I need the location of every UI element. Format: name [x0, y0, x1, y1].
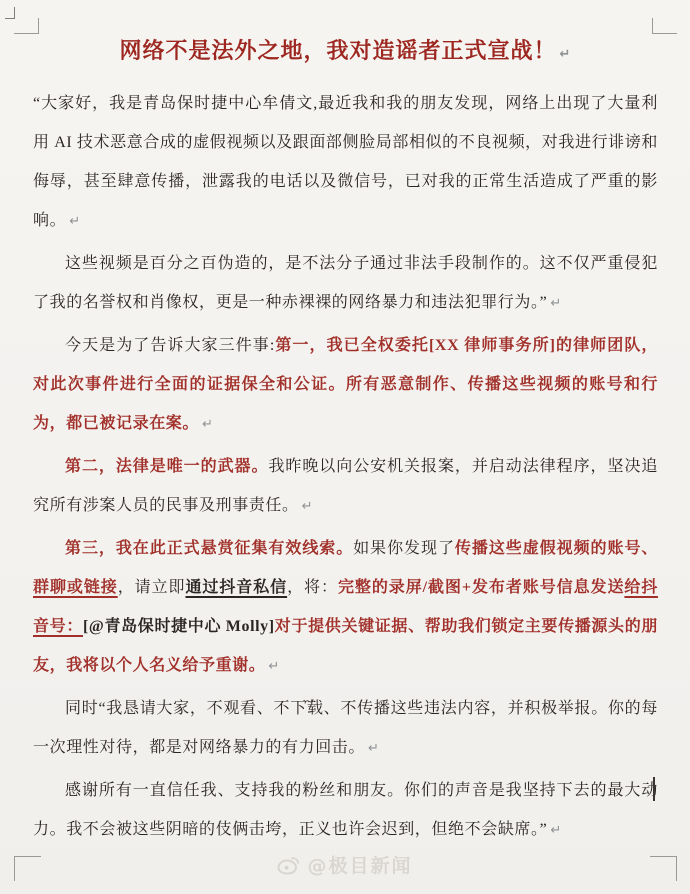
text-run: ，将：: [287, 579, 338, 596]
text-run: 这些视频是百分之百伪造的，是不法分子通过非法手段制作的。这不仅严重侵犯了我的名誉…: [33, 255, 658, 311]
document-body: “大家好，我是青岛保时捷中心牟倩文,最近我和我的朋友发现，网络上出现了大量利用 …: [33, 84, 658, 853]
annotation-squiggle: ~: [262, 682, 317, 729]
watermark-text: @极目新闻: [307, 855, 412, 877]
text-run: 同时“我恳请大家，不观看、: [65, 700, 274, 717]
text-run: 今天是为了告诉大家三件事:: [65, 337, 275, 354]
text-run: 不~: [274, 700, 291, 717]
text-cursor: [653, 777, 655, 801]
text-run: “大家好，我是青岛保时捷中心牟倩文,最近我和我的朋友发现，网络上出现了大量利用 …: [33, 95, 658, 229]
text-run: 感谢所有一直信任我、支持我的粉丝和朋友。你们的声音是我坚持下去的最大动力。我不会…: [33, 782, 658, 838]
weibo-icon: [277, 855, 301, 875]
page-boundary-mark-top-right: [652, 18, 677, 34]
page-boundary-mark-top-left: [14, 18, 39, 34]
text-run: 完整的录屏/截图+发布者账号信息发送: [338, 579, 624, 596]
text-run: 第二，法律是唯一的武器。: [65, 458, 268, 475]
paragraph: 感谢所有一直信任我、支持我的粉丝和朋友。你们的声音是我坚持下去的最大动力。我不会…: [33, 771, 658, 850]
text-run: 通过抖音私信: [185, 579, 287, 596]
watermark: @极目新闻: [0, 851, 690, 878]
paragraph-mark: ↵: [560, 47, 571, 62]
title-text: 网络不是法外之地，我对造谣者正式宣战！: [120, 38, 557, 63]
paragraph-mark: ↵: [302, 499, 313, 514]
paragraph-mark: ↵: [368, 741, 379, 756]
paragraph: 同时“我恳请大家，不观看、不~下载、不传播这些违法内容，并积极举报。你的每一次理…: [33, 689, 658, 768]
paragraph: 这些视频是百分之百伪造的，是不法分子通过非法手段制作的。这不仅严重侵犯了我的名誉…: [33, 244, 658, 323]
paragraph: 第二，法律是唯一的武器。我昨晚以向公安机关报案，并启动法律程序，坚决追究所有涉案…: [33, 447, 658, 526]
text-run: 如果你发现了: [353, 540, 455, 557]
document-page: 网络不是法外之地，我对造谣者正式宣战！↵ “大家好，我是青岛保时捷中心牟倩文,最…: [0, 0, 690, 894]
paragraph-mark: ↵: [69, 214, 80, 229]
paragraph: 今天是为了告诉大家三件事:第一，我已全权委托[XX 律师事务所]的律师团队，对此…: [33, 326, 658, 444]
text-run: 传播这些虚假视频的账号、: [455, 540, 658, 557]
paragraph-mark: ↵: [268, 659, 279, 674]
text-run: 群聊或链接: [33, 579, 118, 596]
paragraph-mark: ↵: [550, 823, 561, 838]
text-run: 第三，我在此正式悬赏征集有效线索。: [65, 540, 353, 557]
paragraph-mark: ↵: [550, 296, 561, 311]
paragraph-mark: ↵: [202, 417, 213, 432]
paragraph: “大家好，我是青岛保时捷中心牟倩文,最近我和我的朋友发现，网络上出现了大量利用 …: [33, 84, 658, 241]
document-title: 网络不是法外之地，我对造谣者正式宣战！↵: [0, 34, 690, 65]
text-run: [@青岛保时捷中心 Molly]: [83, 618, 275, 635]
text-run: ，请立即: [118, 579, 186, 596]
paragraph: 第三，我在此正式悬赏征集有效线索。如果你发现了传播这些虚假视频的账号、群聊或链接…: [33, 529, 658, 686]
